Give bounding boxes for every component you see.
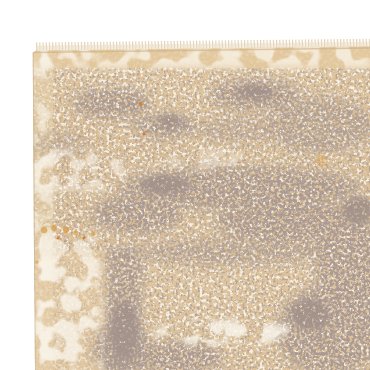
texture-patch-dense [265,97,370,153]
texture-patch-dense [92,194,182,234]
eroded-light-patch [35,233,105,257]
accent-knot-gold [41,227,48,234]
accent-knot-orange [143,133,146,136]
texture-core-dark [290,299,330,331]
texture-core-dark [111,300,139,360]
rug [25,40,370,370]
eroded-light-patch [155,320,295,346]
eroded-light-patch [33,150,123,190]
accent-knot-gold [35,260,39,264]
rug-photo-canvas [0,0,370,370]
accent-knot-orange [139,102,142,105]
accent-knot-orange [83,237,86,240]
texture-core-dark [140,175,190,195]
accent-knot-gold [316,155,328,167]
accent-knot-gold [73,230,78,235]
accent-knot-gold [91,232,96,237]
rug-product-photo [0,0,370,370]
accent-knot-gold [63,227,69,233]
texture-patch-dense [195,118,275,142]
texture-core-dark [237,84,273,100]
texture-core-dark [158,114,182,130]
eroded-light-patch [165,150,255,170]
texture-patch-dense [140,238,330,266]
accent-knot-gold [51,225,57,231]
accent-knot-orange [56,236,59,239]
eroded-light-patch [35,255,100,370]
